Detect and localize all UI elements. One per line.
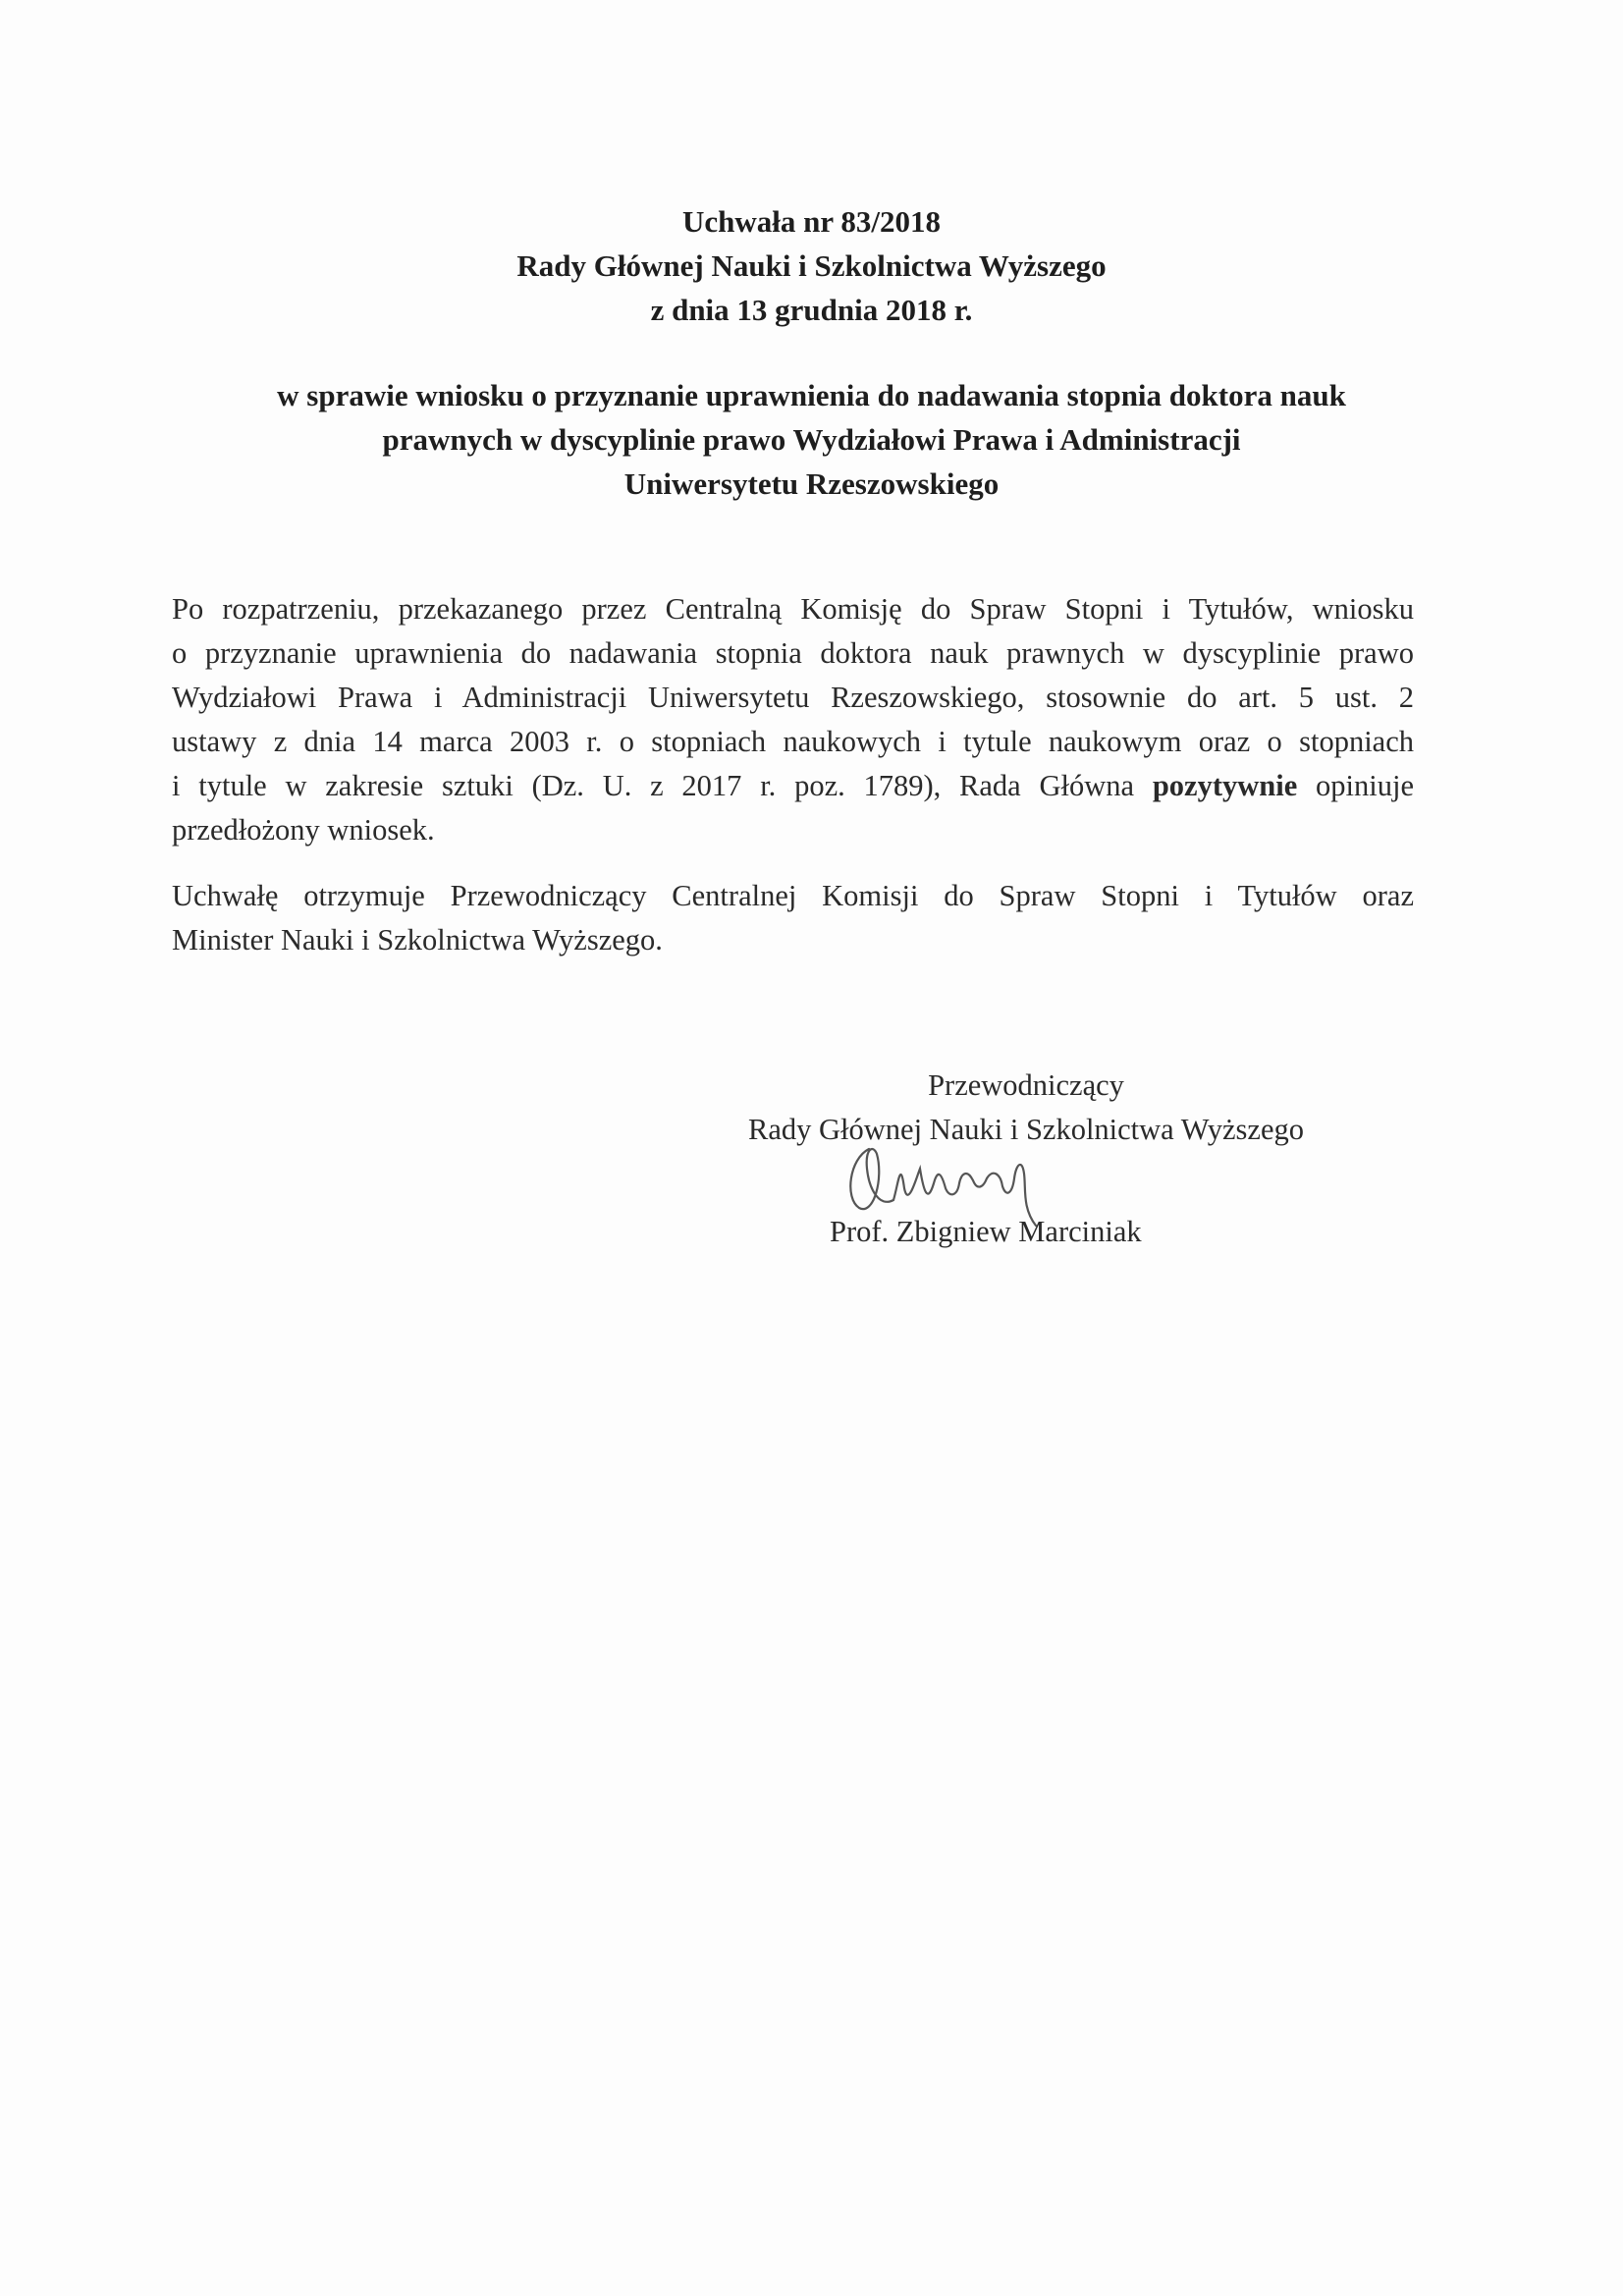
body-line: Wydziałowi Prawa i Administracji Uniwers… <box>172 676 1414 720</box>
signatory-name: Prof. Zbigniew Marciniak <box>830 1215 1142 1249</box>
body-line: i tytule w zakresie sztuki (Dz. U. z 201… <box>172 764 1414 808</box>
resolution-issuer: Rady Głównej Nauki i Szkolnictwa Wyższeg… <box>0 244 1623 288</box>
document-page: Uchwała nr 83/2018 Rady Głównej Nauki i … <box>0 0 1623 2296</box>
body-line: o przyznanie uprawnienia do nadawania st… <box>172 631 1414 676</box>
body-paragraph-1: Po rozpatrzeniu, przekazanego przez Cent… <box>172 587 1414 852</box>
decision-emphasis: pozytywnie <box>1153 769 1297 802</box>
body-line: przedłożony wniosek. <box>172 808 1414 852</box>
resolution-header: Uchwała nr 83/2018 Rady Głównej Nauki i … <box>0 199 1623 332</box>
resolution-body: Po rozpatrzeniu, przekazanego przez Cent… <box>172 587 1414 984</box>
body-line: Po rozpatrzeniu, przekazanego przez Cent… <box>172 587 1414 631</box>
body-line: Minister Nauki i Szkolnictwa Wyższego. <box>172 918 1414 962</box>
resolution-date: z dnia 13 grudnia 2018 r. <box>0 288 1623 332</box>
body-line: Uchwałę otrzymuje Przewodniczący Central… <box>172 874 1414 918</box>
signatory-role: Przewodniczący <box>702 1064 1350 1108</box>
body-text-segment: i tytule w zakresie sztuki (Dz. U. z 201… <box>172 769 1134 802</box>
subject-line: Uniwersytetu Rzeszowskiego <box>0 462 1623 506</box>
body-line: ustawy z dnia 14 marca 2003 r. o stopnia… <box>172 720 1414 764</box>
resolution-subject: w sprawie wniosku o przyznanie uprawnien… <box>0 373 1623 506</box>
subject-line: w sprawie wniosku o przyznanie uprawnien… <box>0 373 1623 417</box>
resolution-title: Uchwała nr 83/2018 <box>0 199 1623 244</box>
body-text-segment: opiniuje <box>1316 769 1414 802</box>
subject-line: prawnych w dyscyplinie prawo Wydziałowi … <box>0 417 1623 462</box>
body-paragraph-2: Uchwałę otrzymuje Przewodniczący Central… <box>172 874 1414 962</box>
